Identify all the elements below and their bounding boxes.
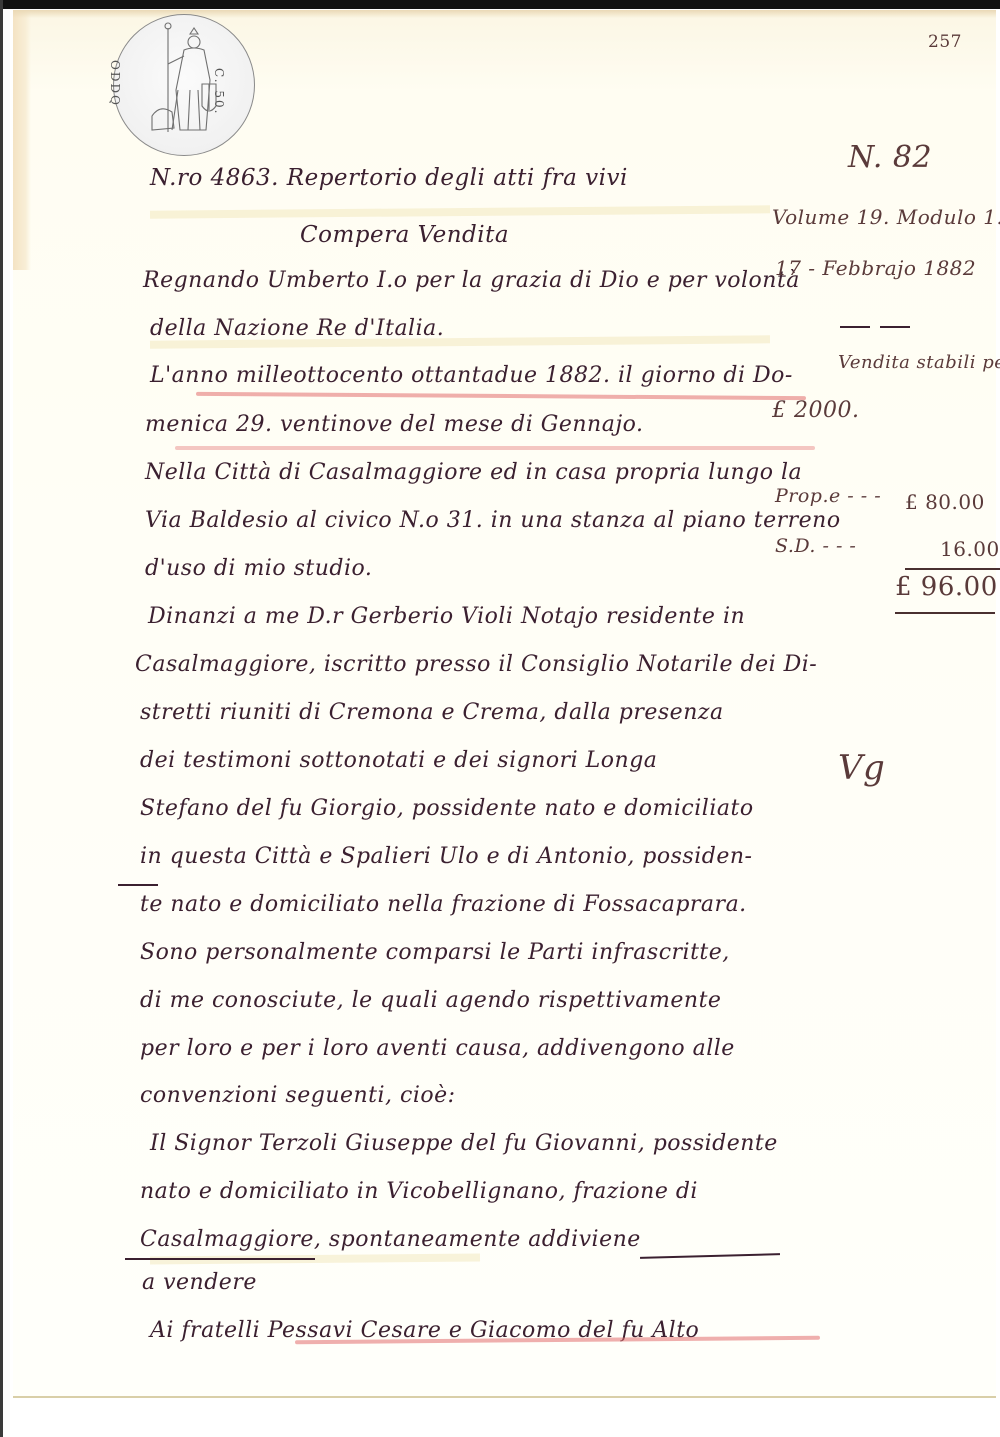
body-line: per loro e per i loro aventi causa, addi… <box>140 1036 735 1061</box>
body-line: te nato e domiciliato nella frazione di … <box>140 892 747 917</box>
fee-value-prop: £ 80.00 <box>905 490 985 514</box>
body-line: Regnando Umberto I.o per la grazia di Di… <box>143 268 800 293</box>
body-line: Nella Città di Casalmaggiore ed in casa … <box>145 460 802 485</box>
scan-top-border <box>0 0 1000 9</box>
ink-flourish <box>118 884 158 886</box>
ink-line-filler <box>125 1258 315 1260</box>
body-line: Il Signor Terzoli Giuseppe del fu Giovan… <box>150 1131 778 1156</box>
body-line: Casalmaggiore, spontaneamente addiviene <box>140 1227 641 1252</box>
body-line: Via Baldesio al civico N.o 31. in una st… <box>145 508 841 533</box>
body-line: convenzioni seguenti, cioè: <box>140 1083 456 1108</box>
stamp-value: C. 50. <box>212 68 226 115</box>
body-line: a vendere <box>142 1270 257 1295</box>
body-line: Sono personalmente comparsi le Parti inf… <box>140 940 730 965</box>
body-line: Casalmaggiore, iscritto presso il Consig… <box>135 652 817 677</box>
sale-amount: £ 2000. <box>772 398 859 423</box>
total-underline <box>895 612 995 614</box>
scan-left-border <box>0 0 3 1437</box>
subject-note: Vendita stabili per <box>838 352 1000 373</box>
body-line: dei testimoni sottonotati e dei signori … <box>140 748 657 773</box>
divider-dash <box>840 326 870 328</box>
body-line: menica 29. ventinove del mese di Gennajo… <box>145 412 644 437</box>
sum-rule <box>905 568 1000 570</box>
body-line: nato e domiciliato in Vicobellignano, fr… <box>140 1179 698 1204</box>
foxing-left-edge <box>13 10 31 270</box>
volume-modulo: Volume 19. Modulo 1. <box>772 205 1000 229</box>
registration-date: 17 - Febbrajo 1882 <box>775 256 976 280</box>
body-line: Dinanzi a me D.r Gerberio Violi Notajo r… <box>148 604 745 629</box>
fee-label-prop: Prop.e - - - <box>775 485 881 507</box>
red-pencil-underline <box>175 446 815 450</box>
body-line: Stefano del fu Giorgio, possidente nato … <box>140 796 754 821</box>
stamp-legend: ODDQ <box>108 60 122 107</box>
page-number: 257 <box>928 32 962 52</box>
body-line: L'anno milleottocento ottantadue 1882. i… <box>150 363 793 388</box>
notary-initials: Vg <box>838 748 885 788</box>
body-line: di me conosciute, le quali agendo rispet… <box>140 988 721 1013</box>
fee-value-sd: 16.00 <box>940 537 1000 561</box>
deed-heading-repertory: N.ro 4863. Repertorio degli atti fra viv… <box>150 165 628 191</box>
body-line: in questa Città e Spalieri Ulo e di Anto… <box>140 844 752 869</box>
body-line: d'uso di mio studio. <box>145 556 372 581</box>
body-line: della Nazione Re d'Italia. <box>150 316 444 341</box>
fee-label-sd: S.D. - - - <box>775 535 856 557</box>
act-number: N. 82 <box>848 140 932 175</box>
fee-total: £ 96.00 <box>895 572 998 602</box>
body-line: stretti riuniti di Cremona e Crema, dall… <box>140 700 724 725</box>
deed-heading-title: Compera Vendita <box>300 222 509 248</box>
divider-dash <box>880 326 910 328</box>
